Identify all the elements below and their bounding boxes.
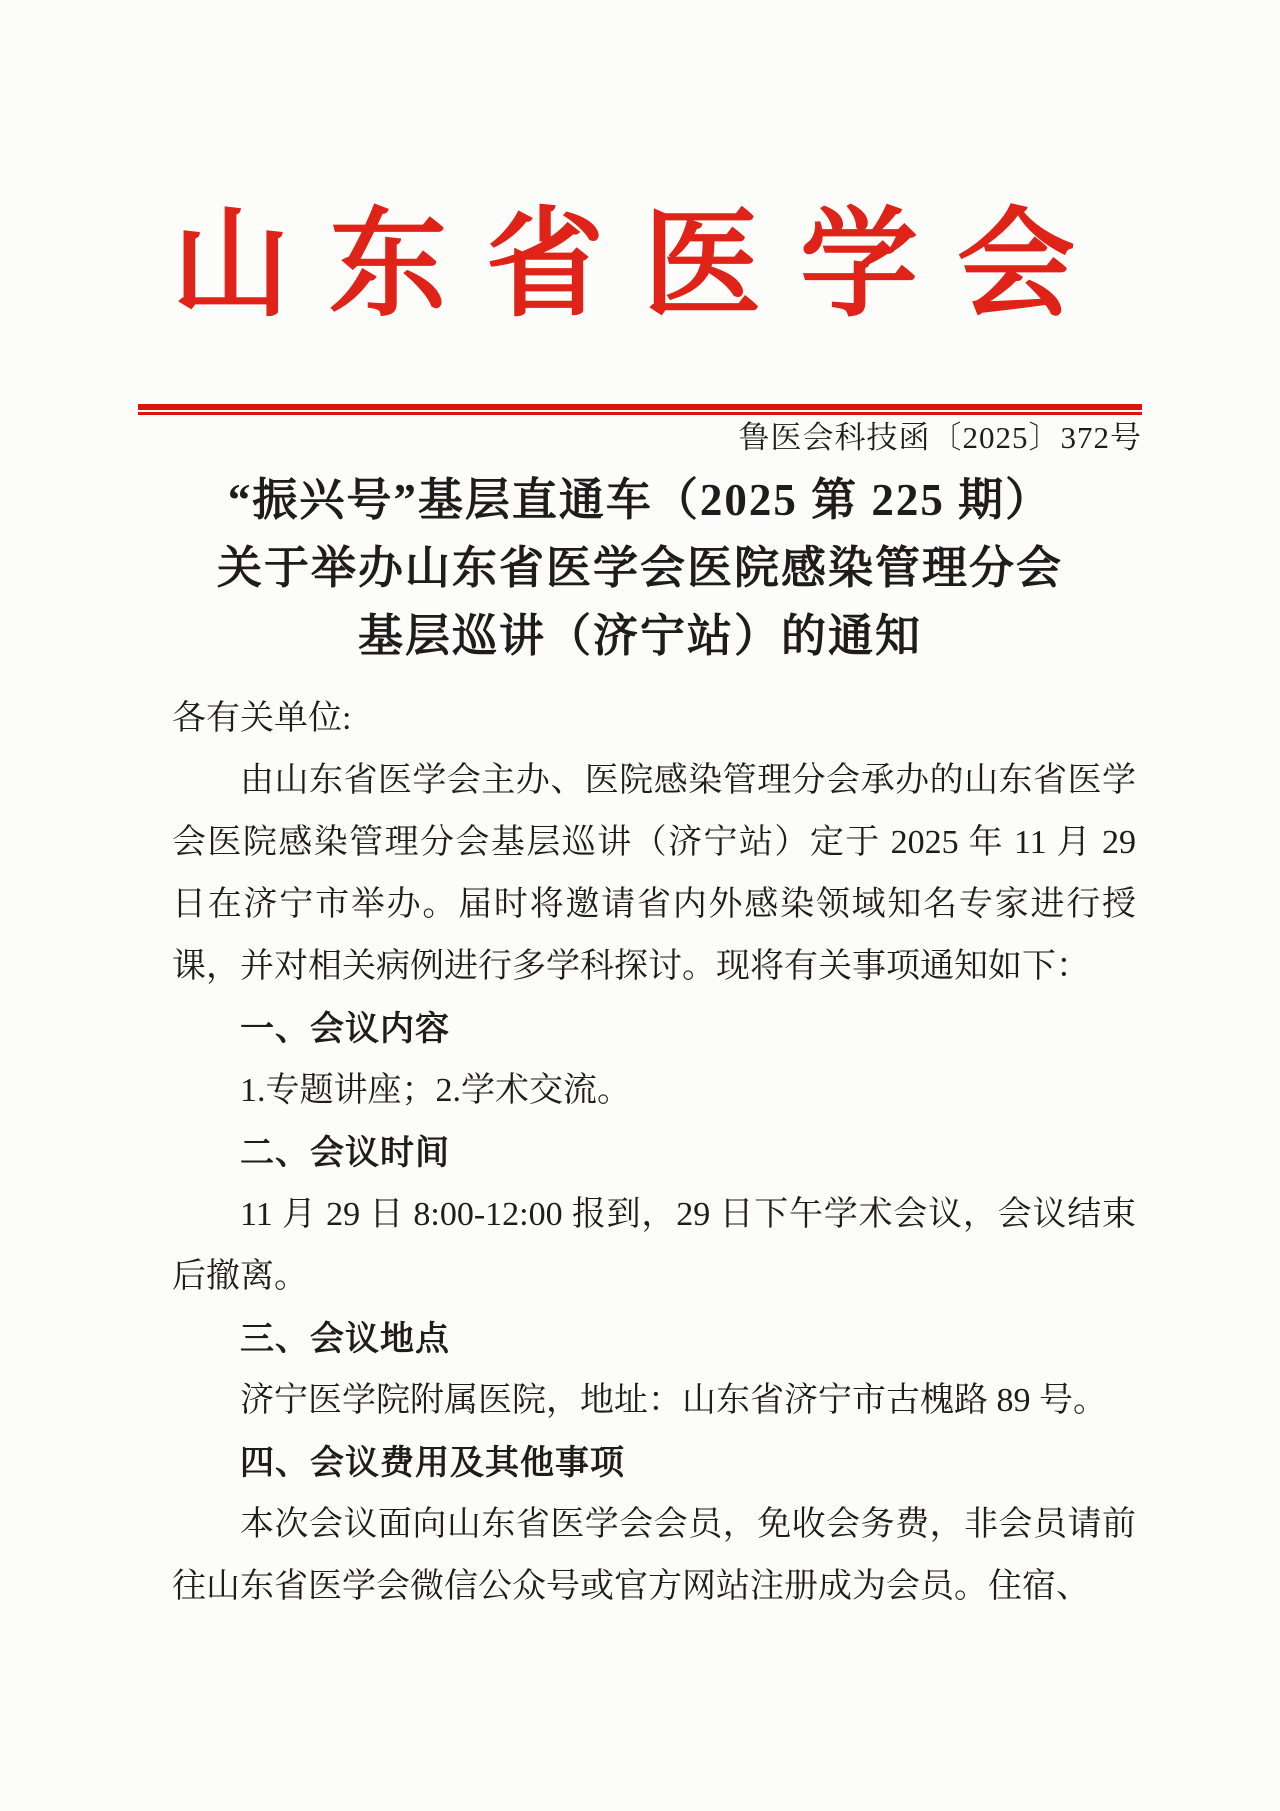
section-2-body: 11 月 29 日 8:00-12:00 报到，29 日下午学术会议，会议结束后… [172, 1184, 1136, 1308]
notice-title: “振兴号”基层直通车（2025 第 225 期） 关于举办山东省医学会医院感染管… [0, 466, 1280, 670]
intro-paragraph: 由山东省医学会主办、医院感染管理分会承办的山东省医学会医院感染管理分会基层巡讲（… [172, 750, 1136, 998]
section-1-body: 1.专题讲座；2.学术交流。 [172, 1060, 1136, 1122]
divider-thin-bar [138, 412, 1142, 415]
organization-masthead: 山东省医学会 [172, 198, 1122, 334]
masthead-divider-rule [138, 404, 1142, 415]
section-2-heading: 二、会议时间 [172, 1122, 1136, 1184]
section-4-body: 本次会议面向山东省医学会会员，免收会务费，非会员请前往山东省医学会微信公众号或官… [172, 1494, 1136, 1618]
document-reference-number: 鲁医会科技函〔2025〕372号 [138, 418, 1142, 458]
section-1-heading: 一、会议内容 [172, 998, 1136, 1060]
salutation: 各有关单位: [172, 688, 1136, 750]
notice-title-line-1: “振兴号”基层直通车（2025 第 225 期） [0, 466, 1280, 534]
notice-page: 山东省医学会 鲁医会科技函〔2025〕372号 “振兴号”基层直通车（2025 … [0, 0, 1280, 1811]
notice-title-line-3: 基层巡讲（济宁站）的通知 [0, 602, 1280, 670]
section-4-heading: 四、会议费用及其他事项 [172, 1432, 1136, 1494]
section-3-body: 济宁医学院附属医院，地址：山东省济宁市古槐路 89 号。 [172, 1370, 1136, 1432]
notice-title-line-2: 关于举办山东省医学会医院感染管理分会 [0, 534, 1280, 602]
notice-body: 各有关单位: 由山东省医学会主办、医院感染管理分会承办的山东省医学会医院感染管理… [172, 688, 1136, 1618]
section-3-heading: 三、会议地点 [172, 1308, 1136, 1370]
